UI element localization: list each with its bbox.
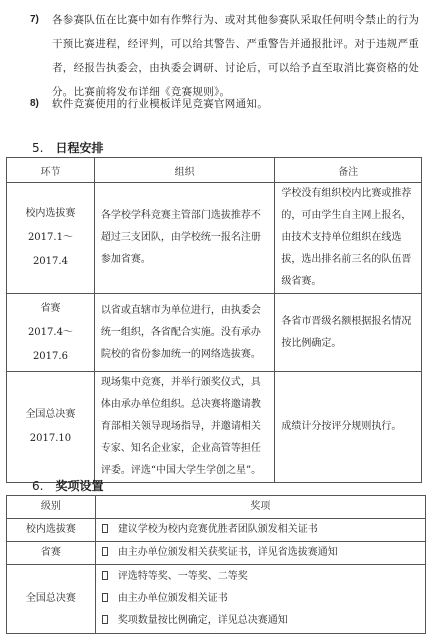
award-item: 建议学校为校内竞赛优胜者团队颁发相关证书 (118, 524, 318, 535)
rule-item-8: 8) 软件竞赛使用的行业模板详见竞赛官网通知。 (30, 92, 425, 116)
rule-item-7: 7) 各参赛队伍在比赛中如有作弊行为、或对其他参赛队采取任何明令禁止的行为干预比… (30, 8, 425, 104)
stage-cell: 省赛 2017.4～2017.6 (7, 294, 95, 372)
table-row: 校内选拔赛 建议学校为校内竞赛优胜者团队颁发相关证书 (7, 519, 426, 542)
table-row: 全国总决赛 2017.10 现场集中竞赛，并举行颁奖仪式，具体由承办单位组织。总… (7, 372, 422, 483)
stage-name: 省赛 (13, 297, 88, 321)
section-title: 日程安排 (55, 141, 103, 155)
table-row: 省赛 由主办单位颁发相关获奖证书，详见省选拔赛通知 (7, 542, 426, 565)
notes-cell: 各省市晋级名额根据报名情况按比例确定。 (275, 294, 422, 372)
bullet-box-icon (102, 571, 108, 580)
stage-date: 2017.10 (13, 427, 88, 451)
table-row: 校内选拔赛 2017.1～2017.4 各学校学科竞赛主管部门选拔推荐不超过三支… (7, 183, 422, 294)
table-header-row: 环节 组织 备注 (7, 158, 422, 183)
award-item: 评选特等奖、一等奖、二等奖 (118, 571, 248, 582)
section-number: 6. (32, 479, 43, 493)
column-header-awards: 奖项 (95, 496, 425, 519)
bullet-box-icon (102, 524, 108, 533)
bullet-box-icon (102, 593, 108, 602)
table-header-row: 级别 奖项 (7, 496, 426, 519)
level-cell: 全国总决赛 (7, 565, 96, 634)
stage-cell: 校内选拔赛 2017.1～2017.4 (7, 183, 95, 294)
rule-number: 7) (30, 8, 39, 32)
rule-text: 各参赛队伍在比赛中如有作弊行为、或对其他参赛队采取任何明令禁止的行为干预比赛进程… (30, 8, 425, 104)
level-cell: 校内选拔赛 (7, 519, 96, 542)
stage-date: 2017.4～2017.6 (13, 321, 88, 369)
notes-cell: 成绩计分按评分规则执行。 (275, 372, 422, 483)
rule-text: 软件竞赛使用的行业模板详见竞赛官网通知。 (30, 92, 425, 116)
awards-cell: 由主办单位颁发相关获奖证书，详见省选拔赛通知 (95, 542, 425, 565)
table-row: 省赛 2017.4～2017.6 以省或直辖市为单位进行，由执委会统一组织，各省… (7, 294, 422, 372)
table-row: 全国总决赛 评选特等奖、一等奖、二等奖 由主办单位颁发相关证书 奖项数量按比例确… (7, 565, 426, 634)
column-header-level: 级别 (7, 496, 96, 519)
column-header-stage: 环节 (7, 158, 95, 183)
section-heading-schedule: 5.日程安排 (32, 139, 103, 156)
organization-cell: 现场集中竞赛，并举行颁奖仪式，具体由承办单位组织。总决赛将邀请教育部相关领导现场… (94, 372, 275, 483)
notes-cell: 学校没有组织校内比赛或推荐的，可由学生自主网上报名，由技术支持单位组织在线选拔，… (275, 183, 422, 294)
column-header-notes: 备注 (275, 158, 422, 183)
awards-cell: 评选特等奖、一等奖、二等奖 由主办单位颁发相关证书 奖项数量按比例确定，详见总决… (95, 565, 425, 634)
stage-cell: 全国总决赛 2017.10 (7, 372, 95, 483)
organization-cell: 以省或直辖市为单位进行，由执委会统一组织，各省配合实施。没有承办院校的省份参加统… (94, 294, 275, 372)
bullet-box-icon (102, 547, 108, 556)
organization-cell: 各学校学科竞赛主管部门选拔推荐不超过三支团队，由学校统一报名注册参加省赛。 (94, 183, 275, 294)
level-cell: 省赛 (7, 542, 96, 565)
stage-date: 2017.1～2017.4 (13, 226, 88, 274)
schedule-table: 环节 组织 备注 校内选拔赛 2017.1～2017.4 各学校学科竞赛主管部门… (6, 157, 422, 483)
section-number: 5. (32, 141, 43, 155)
rule-number: 8) (30, 92, 39, 116)
section-title: 奖项设置 (55, 479, 103, 493)
awards-cell: 建议学校为校内竞赛优胜者团队颁发相关证书 (95, 519, 425, 542)
section-heading-awards: 6.奖项设置 (32, 477, 103, 494)
stage-name: 全国总决赛 (13, 403, 88, 427)
column-header-organization: 组织 (94, 158, 275, 183)
award-item: 由主办单位颁发相关证书 (118, 593, 228, 604)
bullet-box-icon (102, 615, 108, 624)
awards-table: 级别 奖项 校内选拔赛 建议学校为校内竞赛优胜者团队颁发相关证书 省赛 由主办单… (6, 495, 426, 634)
stage-name: 校内选拔赛 (13, 202, 88, 226)
award-item: 由主办单位颁发相关获奖证书，详见省选拔赛通知 (118, 547, 338, 558)
award-item: 奖项数量按比例确定，详见总决赛通知 (118, 615, 288, 626)
